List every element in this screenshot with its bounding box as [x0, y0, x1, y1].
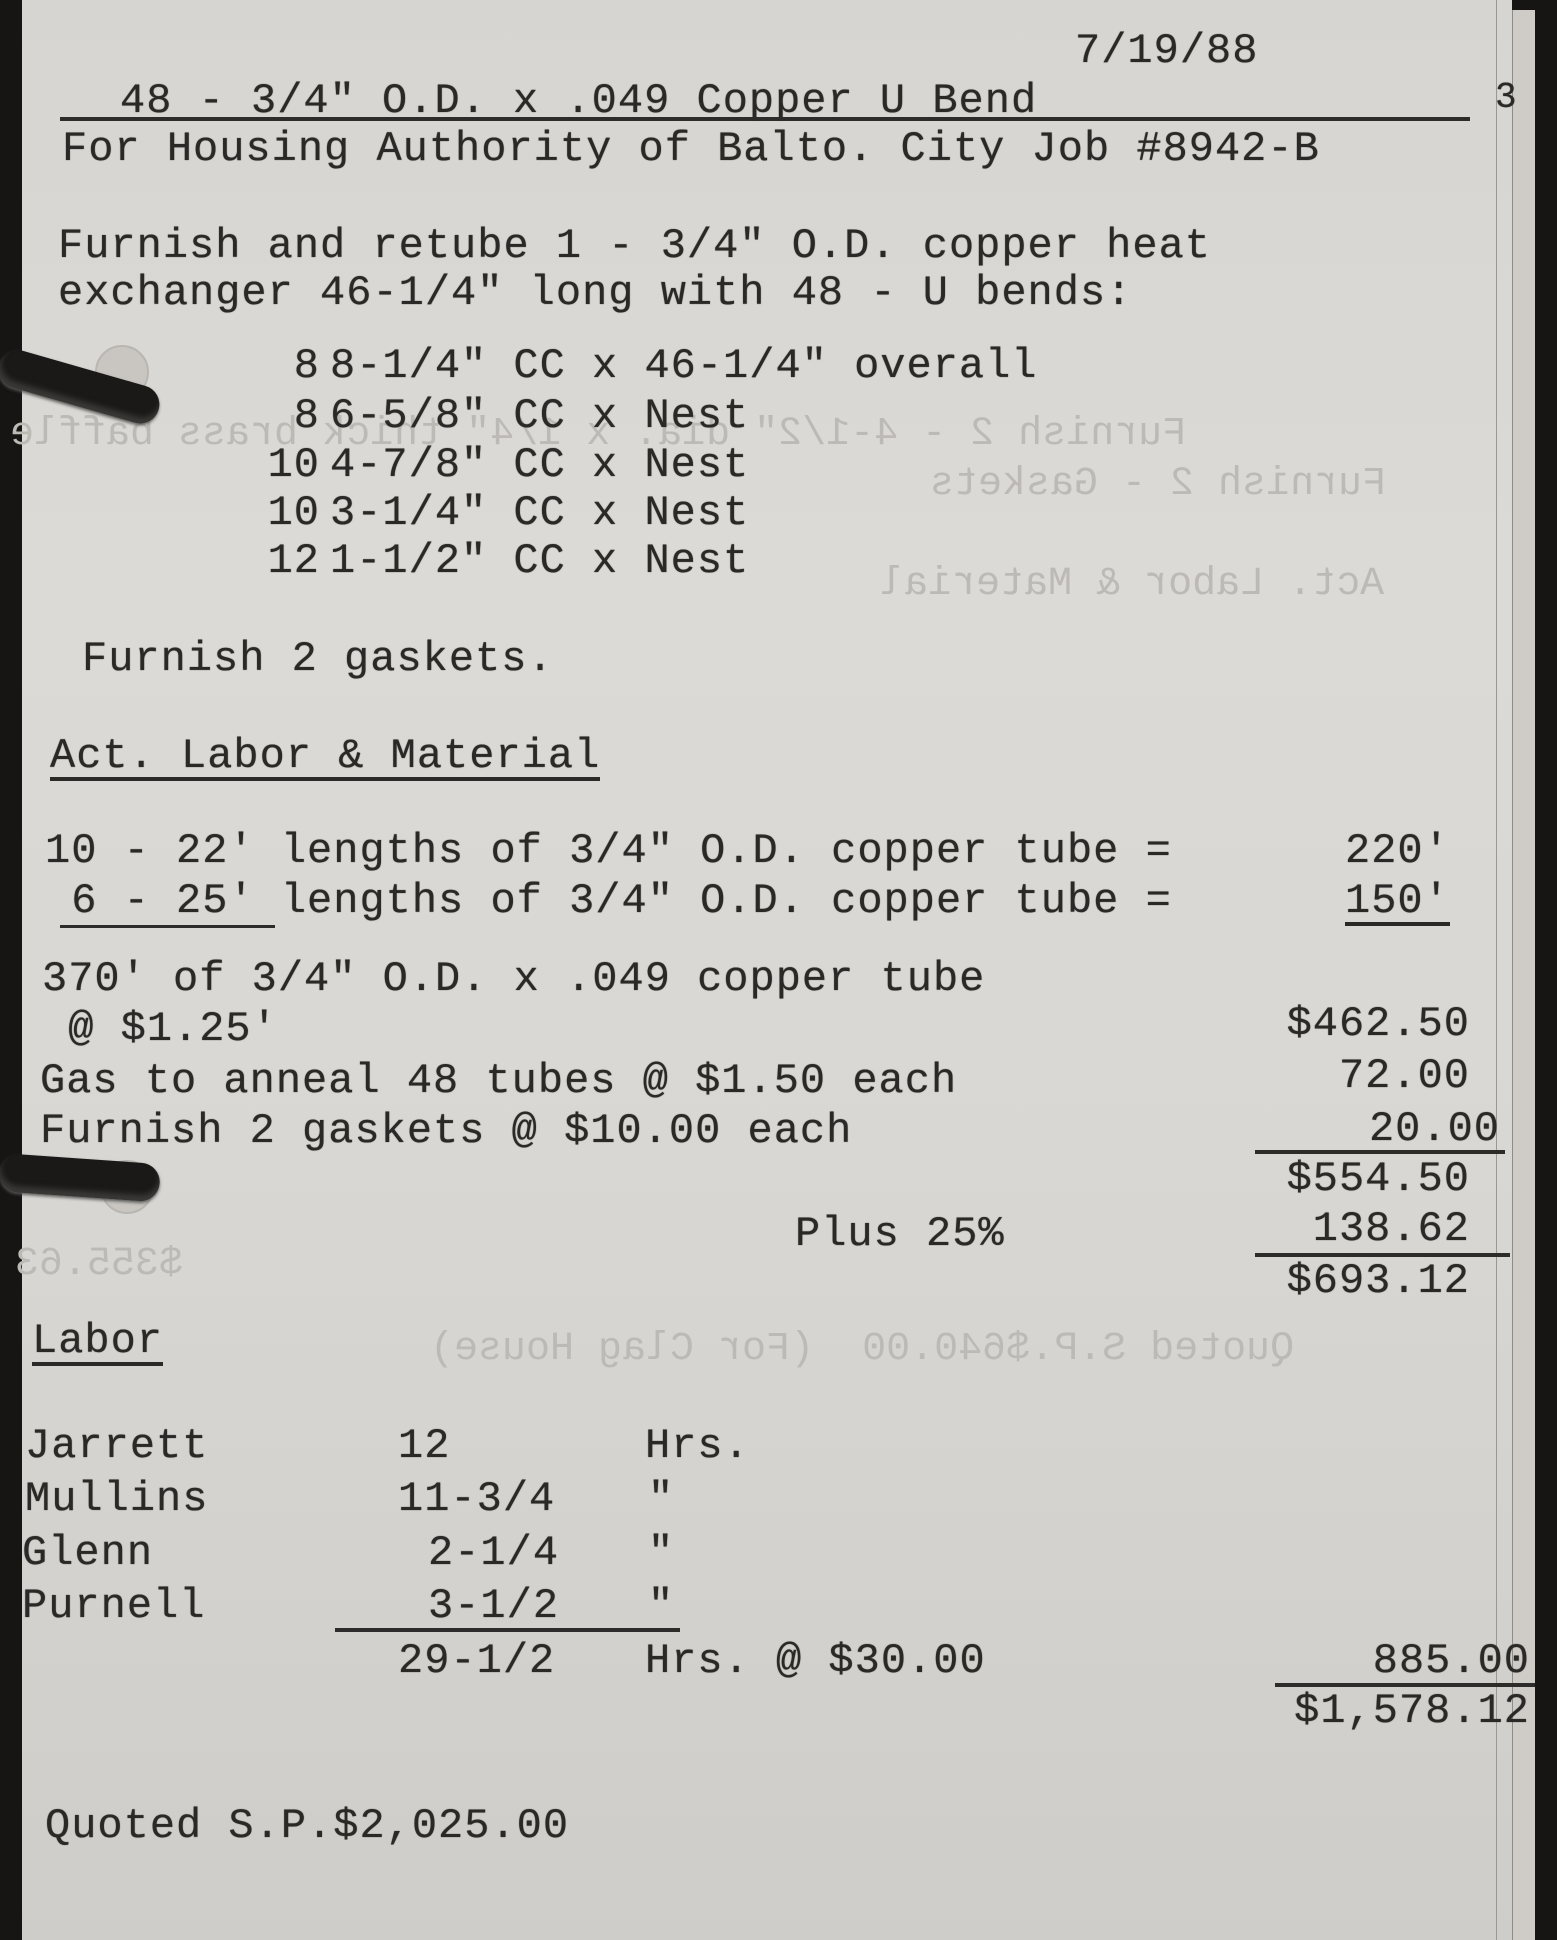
labor-unit: " — [648, 1532, 674, 1574]
bend-spec: 1-1/2" CC x Nest — [330, 540, 749, 582]
title-rule — [60, 117, 1470, 121]
hours-rule — [335, 1628, 680, 1632]
bend-spec: 6-5/8" CC x Nest — [330, 395, 749, 437]
labor-name: Mullins — [25, 1478, 208, 1520]
document-subtitle: For Housing Authority of Balto. City Job… — [62, 128, 1320, 170]
tube-length-line: 6 - 25' lengths of 3/4" O.D. copper tube… — [45, 880, 1172, 922]
labor-name: Purnell — [22, 1585, 205, 1627]
labor-name: Jarrett — [25, 1425, 208, 1467]
bleed-through-text: Quoted S.P.$640.00 (For Clag House) — [430, 1330, 1294, 1370]
labor-hours: 11-3/4 — [398, 1478, 555, 1520]
material-total: $693.12 — [1180, 1260, 1470, 1302]
markup-label: Plus 25% — [795, 1213, 1005, 1255]
labor-hours: 2-1/4 — [428, 1532, 559, 1574]
material-line: Furnish 2 gaskets @ $10.00 each — [40, 1110, 852, 1152]
bleed-through-text: Act. Labor & Material — [880, 565, 1384, 605]
subtotal-rule — [1255, 1150, 1505, 1154]
material-amount: $462.50 — [1180, 1003, 1470, 1045]
labor-unit: Hrs. — [645, 1425, 750, 1467]
material-line: Gas to anneal 48 tubes @ $1.50 each — [40, 1060, 957, 1102]
labor-amount: 885.00 — [1200, 1640, 1530, 1682]
bend-spec: 8-1/4" CC x 46-1/4" overall — [330, 345, 1038, 387]
grand-total: $1,578.12 — [1200, 1690, 1530, 1732]
bend-qty: 8 — [230, 395, 320, 437]
markup-amount: 138.62 — [1180, 1208, 1470, 1250]
material-subtotal: $554.50 — [1180, 1158, 1470, 1200]
tube-length-total: 150' — [1345, 880, 1450, 926]
bend-qty: 8 — [230, 345, 320, 387]
material-amount: 72.00 — [1180, 1055, 1470, 1097]
bend-spec: 4-7/8" CC x Nest — [330, 444, 749, 486]
quoted-price: Quoted S.P.$2,025.00 — [45, 1805, 569, 1847]
page-marker: 3 — [1495, 80, 1518, 116]
bend-qty: 10 — [230, 492, 320, 534]
bend-spec: 3-1/4" CC x Nest — [330, 492, 749, 534]
bend-qty: 10 — [230, 444, 320, 486]
labor-hours: 12 — [398, 1425, 450, 1467]
material-line: @ $1.25' — [42, 1008, 278, 1050]
tube-length-line: 10 - 22' lengths of 3/4" O.D. copper tub… — [45, 830, 1172, 872]
material-line: 370' of 3/4" O.D. x .049 copper tube — [42, 958, 985, 1000]
document-date: 7/19/88 — [1075, 30, 1258, 72]
section-heading-material: Act. Labor & Material — [50, 735, 600, 781]
material-amount: 20.00 — [1180, 1108, 1500, 1150]
document-title: 48 - 3/4" O.D. x .049 Copper U Bend — [120, 80, 1037, 122]
rule — [60, 925, 275, 928]
labor-total-hours: 29-1/2 — [398, 1640, 555, 1682]
gaskets-note: Furnish 2 gaskets. — [82, 638, 554, 680]
tube-length-total: 220' — [1345, 830, 1450, 872]
labor-unit: " — [648, 1478, 674, 1520]
labor-name: Glenn — [22, 1532, 153, 1574]
bleed-through-text: $355.63 — [15, 1245, 183, 1285]
bleed-through-text: Furnish 2 - Gaskets — [930, 465, 1386, 505]
bend-qty: 12 — [230, 540, 320, 582]
description-line: exchanger 46-1/4" long with 48 - U bends… — [58, 272, 1132, 314]
description-line: Furnish and retube 1 - 3/4" O.D. copper … — [58, 225, 1211, 267]
labor-rate: Hrs. @ $30.00 — [645, 1640, 986, 1682]
labor-unit: " — [648, 1585, 674, 1627]
labor-hours: 3-1/2 — [428, 1585, 559, 1627]
section-heading-labor: Labor — [32, 1320, 163, 1366]
